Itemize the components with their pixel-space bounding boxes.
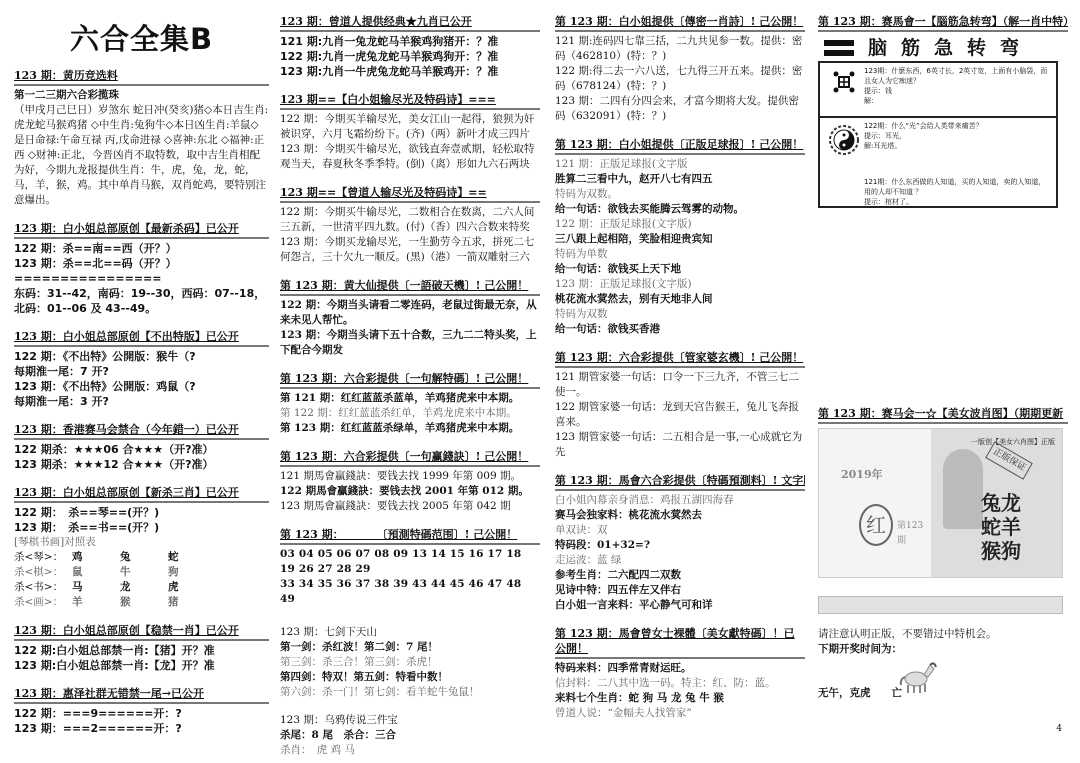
section-ban-one: 123 期：白小姐总部原创【稳禁一肖】已公开 122 期:白小姐总部禁一肖:【猪… (14, 623, 269, 673)
section-number-range: 第 123 期： 〔預測特碼范围〕! 己公開！ 03 04 05 06 07 0… (280, 527, 540, 607)
section-kill-three: 123 期：白小姐总部原创【新杀三肖】已公开 122 期： 杀==琴==(开？)… (14, 485, 269, 610)
column-3: 第 123 期：白小姐提供〔傳密一肖詩〕! 己公開！ 121 期:连码四七靠三括… (555, 14, 805, 734)
line: 第六剑：杀一门！第七剑：看羊蛇牛兔鼠！ (280, 685, 540, 700)
section-subtitle: 第一二三期六合彩揽珠 (14, 88, 269, 103)
line: 121 期:连码四七靠三括，二九共见参一数。提供：密码（462810）(特：？) (555, 34, 805, 64)
line: 122 期:得二去一六八送，七九得三开五来。提供：密码（678124）(特：？) (555, 64, 805, 94)
section-header: 第 123 期：白小姐提供〔正版足球报〕! 己公開！ (555, 137, 805, 155)
section-header: 123 期：白小姐总部原创【新杀三肖】已公开 (14, 485, 269, 503)
section-header: 第 123 期：六合彩提供〔管家婆玄機〕! 己公開！ (555, 350, 805, 368)
section-header: 123 期：曾道人提供经典★九肖已公开 (280, 14, 540, 32)
section-seven-swords: 123 期：七剑下天山 第一剑：杀红波！第二剑：7 尾！ 第三剑：杀三合！第三剑… (280, 625, 540, 700)
riddle-question: 121期：什么东西做的人知道，买的人知道，卖的人知道，用的人却不知道 ？ (864, 177, 1052, 197)
line: 走运波：蓝 绿 (555, 553, 805, 568)
section-almanac: 123 期：黄历竞选料 第一二三期六合彩揽珠 （甲戌月己巳日）岁煞东 蛇日冲(癸… (14, 68, 269, 208)
line: 121 期：正版足球报(文字版 (555, 157, 805, 172)
line: 122 期杀：★★★06 合★★★（开?准） (14, 442, 269, 457)
riddle-hint: 提示：棺材了。 (864, 197, 1052, 207)
footer-hint: 无午，克虎 亡 (818, 686, 902, 701)
section-header: 第 123 期：馬會六合彩提供〔特碼預測料〕! 文字版！ (555, 473, 805, 491)
page-number: 4 (1056, 722, 1062, 737)
table-row: 杀<画>： 羊 猴 猪 (14, 595, 269, 610)
line: 特码为单数 (555, 247, 805, 262)
line: 第三剑：杀三合！第三剑：杀虎！ (280, 655, 540, 670)
section-hk-jockey: 123 期：香港赛马会禁合（今年錯一）已公开 122 期杀：★★★06 合★★★… (14, 422, 269, 472)
line: 123 期：今期当头请下五十合数，三九二二特头奖，上下配合今期发 (280, 328, 540, 358)
line: 第四剑：特双！第五剑：特看中数！ (280, 670, 540, 685)
line: 122 期:白小姐总部禁一肖:【猪】开？准 (14, 643, 269, 658)
column-1: 六合全集B 123 期：黄历竞选料 第一二三期六合彩揽珠 （甲戌月己巳日）岁煞东… (14, 0, 269, 749)
section-housekeeper: 第 123 期：六合彩提供〔管家婆玄機〕! 己公開！ 121 期管家婆一句话：口… (555, 350, 805, 460)
line: 121 期馬會贏錢訣：要钱去找 1999 年第 009 期。 (280, 469, 540, 484)
riddle-hint: 提示：耳光， (864, 131, 1052, 141)
line: 白小姐一言来料：平心静气可和详 (555, 598, 805, 613)
next-draw-label: 下期开奖时间为： (818, 642, 1068, 657)
section-beauty-code: 第 123 期：馬會曾女士裸體〔美女獻特碼〕！已公開！ 特码来料：四季常青财运旺… (555, 626, 805, 721)
section-header: 第 123 期：六合彩提供〔一句赢錢訣〕! 己公開！ (280, 449, 540, 467)
section-header: 第 123 期：黄大仙提供〔一語破天機〕! 己公開！ (280, 278, 540, 296)
section-no-special: 123 期：白小姐总部原创【不出特版】已公开 122 期：《不出特》公開版：猴牛… (14, 329, 269, 409)
section-special-forecast: 第 123 期：馬會六合彩提供〔特碼預測料〕! 文字版！ 白小姐內幕亲身消息：鸡… (555, 473, 805, 613)
riddle-question: 123期：什麽东西，6英寸长，2英寸宽，上面有小脑袋，而且女人为它痴迷？ (864, 66, 1052, 86)
line: 第 122 期：红红蓝蓝杀红单，羊鸡龙虎来中本期。 (280, 406, 540, 421)
section-title: 123 期：七剑下天山 (280, 625, 540, 640)
section-title: 123 期：乌鸦传说三件宝 (280, 713, 540, 728)
section-one-sentence: 第 123 期：六合彩提供〔一句解特碼〕! 己公開！ 第 121 期：红红蓝蓝杀… (280, 371, 540, 436)
section-football-paper: 第 123 期：白小姐提供〔正版足球报〕! 己公開！ 121 期：正版足球报(文… (555, 137, 805, 337)
line: 123 期： 杀==书==(开？) (14, 520, 269, 535)
section-ban-tail: 123 期：惠泽社群无错禁一尾→已公开 122 期：===9======开：? … (14, 686, 269, 736)
line: 122 期：正版足球报(文字版) (555, 217, 805, 232)
section-header: 第 123 期：白小姐提供〔傳密一肖詩〕! 己公開！ (555, 14, 805, 32)
number-list: 33 34 35 36 37 38 39 43 44 45 46 47 48 4… (280, 577, 540, 607)
line: 122 期：===9======开：? (14, 706, 269, 721)
poem-line: 123 期：今期买牛输尽光，欲钱直奔壹贰期，轻松取特观当天，春夏秋冬季季特。(倒… (280, 142, 540, 172)
section-huang-daxian: 第 123 期：黄大仙提供〔一語破天機〕! 己公開！ 122 期：今期当头请看二… (280, 278, 540, 358)
line: 曾道人说：“金幅夫人找管家” (555, 706, 805, 721)
almanac-text: （甲戌月己巳日）岁煞东 蛇日冲(癸亥)猪◇本日吉生肖:虎龙蛇马猴鸡猪 ◇中生肖:… (14, 103, 269, 208)
table-caption: [琴棋书画]对照表 (14, 535, 269, 550)
line: 白小姐內幕亲身消息：鸡报五湖四海春 (555, 493, 805, 508)
section-header: 第 123 期：六合彩提供〔一句解特碼〕! 己公開！ (280, 371, 540, 389)
yin-yang-icon (824, 121, 864, 155)
riddle-answer: 解:耳光塔。 (864, 141, 1052, 151)
photo-figure (943, 449, 983, 529)
section-header: 123 期==【曾道人输尽光及特码诗】== (280, 185, 540, 203)
section-nine-zodiac: 123 期：曾道人提供经典★九肖已公开 121 期:九肖一兔龙蛇马羊猴鸡狗猪开：… (280, 14, 540, 79)
section-header: 123 期==【白小姐输尽光及特码诗】=== (280, 92, 540, 110)
line: 每期淮一尾：7 开? (14, 364, 269, 379)
section-header: 123 期：惠泽社群无错禁一尾→已公开 (14, 686, 269, 704)
line: 给一句话：欲钱买香港 (555, 322, 805, 337)
riddle-hint: 提示：钱 (864, 86, 1052, 96)
riddle-answer: 解： (864, 96, 1052, 106)
brain-teaser-banner: 脑筋急转弯 (824, 40, 1068, 56)
line: 东码：31--42，南码：19--30，西码：07--18，北码：01--06 … (14, 286, 269, 316)
section-header: 123 期：白小姐总部原创【不出特版】已公开 (14, 329, 269, 347)
line: 杀尾：8 尾 杀合：三合 (280, 728, 540, 743)
section-header: 123 期：黄历竞选料 (14, 68, 269, 86)
line: 特码为双数 (555, 307, 805, 322)
divider-line: ================ (14, 271, 269, 286)
line: 见诗中特：四五伴左又伴右 (555, 583, 805, 598)
section-bai-poem: 123 期==【白小姐输尽光及特码诗】=== 122 期：今期买羊输尽光，美女江… (280, 92, 540, 172)
line: 第一剑：杀红波！第二剑：7 尾！ (280, 640, 540, 655)
riddle-item: 123期：什麽东西，6英寸长，2英寸宽，上面有小脑袋，而且女人为它痴迷？ 提示：… (820, 63, 1056, 116)
table-row: 杀<棋>： 鼠 牛 狗 (14, 565, 269, 580)
section-beauty-zodiac-image: 第 123 期：赛马会一☆【美女波肖图】（期期更新 2019年 红 第123期 … (818, 406, 1068, 614)
line: 每期淮一尾：3 开? (14, 394, 269, 409)
section-header: 第 123 期：赛马会一☆【美女波肖图】（期期更新 (818, 406, 1068, 424)
line: 121 期管家婆一句话：口令一下三九齐，不管三七二使一。 (555, 370, 805, 400)
poem-line: 122 期：今期买羊输尽光，美女江山一起得，狼狈为奸被识穿，六月飞霜纷纷下。(齐… (280, 112, 540, 142)
puzzle-icon (824, 66, 864, 113)
line: 赛马会独家料：桃花流水蓂然去 (555, 508, 805, 523)
horse-icon (898, 657, 938, 697)
section-header: 123 期：白小姐总部原创【稳禁一肖】已公开 (14, 623, 269, 641)
page-title: 六合全集B (14, 22, 269, 56)
line: 信封料：二八其中选一码。特主：红、防：蓝。 (555, 676, 805, 691)
line: 123 期杀：★★★12 合★★★（开?准） (14, 457, 269, 472)
line: 122 期：今期当头请看二零连码，老鼠过街最无奈，从来未见人帮忙。 (280, 298, 540, 328)
line: 三八跟上起相陪，笑脸相迎贵宾知 (555, 232, 805, 247)
banner-strip-image (818, 596, 1063, 614)
column-2: 123 期：曾道人提供经典★九肖已公开 121 期:九肖一兔龙蛇马羊猴鸡狗猪开：… (280, 14, 540, 763)
poem-line: 123 期：今期买龙输尽光，一生勤劳今五求，拼死二七何怨言，三十欠九一顺反。(黑… (280, 235, 540, 265)
line: 第 121 期：红红蓝蓝杀蓝单，羊鸡猪虎来中本期。 (280, 391, 540, 406)
line: 给一句话：欲钱去买能腾云驾雾的动物。 (555, 202, 805, 217)
poem-line: 122 期：今期买牛输尽光，二数相合在数离，二六人间三五新，一世清平四九数。(付… (280, 205, 540, 235)
line: 123 期：《不出特》公開版：鸡鼠（? (14, 379, 269, 394)
poster-title: 一版创【美女六肖图】正版 (971, 435, 1055, 450)
section-header: 第 123 期： 〔預測特碼范围〕! 己公開！ (280, 527, 540, 545)
line: 122 期管家婆一句话：龙到天宫告猴王，兔儿飞奔报喜来。 (555, 400, 805, 430)
notice-text: 请注意认明正版，不要错过中特机会。 (818, 627, 1068, 642)
line: 122 期： 杀==琴==(开？) (14, 505, 269, 520)
riddle-item: 122期：什么“光”会给人类带来痛苦？ 提示：耳光， 解:耳光塔。 121期：什… (820, 116, 1056, 206)
section-header: 第 123 期：馬會曾女士裸體〔美女獻特碼〕！已公開！ (555, 626, 805, 659)
riddle-question: 122期：什么“光”会给人类带来痛苦？ (864, 121, 1052, 131)
section-crow-treasure: 123 期：乌鸦传说三件宝 杀尾：8 尾 杀合：三合 杀肖： 虎 鸡 马 (280, 713, 540, 758)
column-4: 第 123 期：赛馬會一【腦筋急转弯】（解一肖中特） 脑筋急转弯 123期：什麽… (818, 14, 1068, 714)
line: 杀肖： 虎 鸡 马 (280, 743, 540, 758)
line: 123 期管家婆一句话：二五相合是一事,一心成就它为先 (555, 430, 805, 460)
section-zeng-poem: 123 期==【曾道人输尽光及特码诗】== 122 期：今期买牛输尽光，二数相合… (280, 185, 540, 265)
table-row: 杀<琴>： 鸡 兔 蛇 (14, 550, 269, 565)
line: 122 期：杀==南==西（开？） (14, 241, 269, 256)
section-kill-code: 123 期：白小姐总部原创【最新杀码】已公开 122 期：杀==南==西（开？）… (14, 221, 269, 316)
riddle-box: 123期：什麽东西，6英寸长，2英寸宽，上面有小脑袋，而且女人为它痴迷？ 提示：… (818, 61, 1058, 208)
section-header: 123 期：白小姐总部原创【最新杀码】已公开 (14, 221, 269, 239)
line: 123 期:白小姐总部禁一肖:【龙】开？准 (14, 658, 269, 673)
poster-year: 2019年 (841, 467, 883, 482)
line: 胜算二三看中九，赵开八七有四五 (555, 172, 805, 187)
line: 参考生肖：二六配四二双数 (555, 568, 805, 583)
poster-issue: 第123期 (897, 519, 931, 549)
line: 121 期:九肖一兔龙蛇马羊猴鸡狗猪开：？准 (280, 34, 540, 49)
banner-text: 脑筋急转弯 (868, 41, 1033, 56)
poster-left: 2019年 红 第123期 (819, 429, 931, 577)
line: 123 期：===2======开：? (14, 721, 269, 736)
number-list: 03 04 05 06 07 08 09 13 14 15 16 17 18 1… (280, 547, 540, 577)
line: 123 期：二四有分四会来，才富今期将大发。提供密码（632091）(特：？) (555, 94, 805, 124)
section-header: 123 期：香港赛马会禁合（今年錯一）已公开 (14, 422, 269, 440)
line: 122 期：《不出特》公開版：猴牛（? (14, 349, 269, 364)
poster-color: 红 (859, 504, 893, 546)
line: 单双诀：双 (555, 523, 805, 538)
section-brain-teaser: 第 123 期：赛馬會一【腦筋急转弯】（解一肖中特） 脑筋急转弯 123期：什麽… (818, 14, 1068, 208)
line: 123 期：杀==北==码（开？） (14, 256, 269, 271)
line: 第 123 期：红红蓝蓝杀绿单，羊鸡猪虎来中本期。 (280, 421, 540, 436)
poster-right: 一版创【美女六肖图】正版 正版保证 兔龙蛇羊猴狗 (931, 429, 1062, 577)
line: 桃花流水蓂然去，别有天地非人间 (555, 292, 805, 307)
line: 特码来料：四季常青财运旺。 (555, 661, 805, 676)
section-secret-poem: 第 123 期：白小姐提供〔傳密一肖詩〕! 己公開！ 121 期:连码四七靠三括… (555, 14, 805, 124)
line: 特码段：01+32=? (555, 538, 805, 553)
section-notice: 请注意认明正版，不要错过中特机会。 下期开奖时间为： 无午，克虎 亡 (818, 627, 1068, 701)
table-row: 杀<书>： 马 龙 虎 (14, 580, 269, 595)
line: 来料七个生肖：蛇 狗 马 龙 兔 牛 猴 (555, 691, 805, 706)
line: 给一句话：欲钱买上天下地 (555, 262, 805, 277)
line: 123 期：正版足球报(文字版) (555, 277, 805, 292)
poster-zodiac: 兔龙蛇羊猴狗 (981, 491, 1031, 563)
zodiac-poster-image: 2019年 红 第123期 一版创【美女六肖图】正版 正版保证 兔龙蛇羊猴狗 (818, 428, 1063, 578)
section-header: 第 123 期：赛馬會一【腦筋急转弯】（解一肖中特） (818, 14, 1068, 32)
line: 123 期:九肖一牛虎兔龙蛇马羊猴鸡开：？准 (280, 64, 540, 79)
section-win-money: 第 123 期：六合彩提供〔一句赢錢訣〕! 己公開！ 121 期馬會贏錢訣：要钱… (280, 449, 540, 514)
line: 122 期馬會贏錢訣：要钱去找 2001 年第 012 期。 (280, 484, 540, 499)
logo-icon (824, 40, 854, 56)
line: 123 期馬會贏錢訣：要钱去找 2005 年第 042 期 (280, 499, 540, 514)
line: 122 期:九肖一虎兔龙蛇马羊猴鸡狗开：？准 (280, 49, 540, 64)
line: 特码为双数。 (555, 187, 805, 202)
